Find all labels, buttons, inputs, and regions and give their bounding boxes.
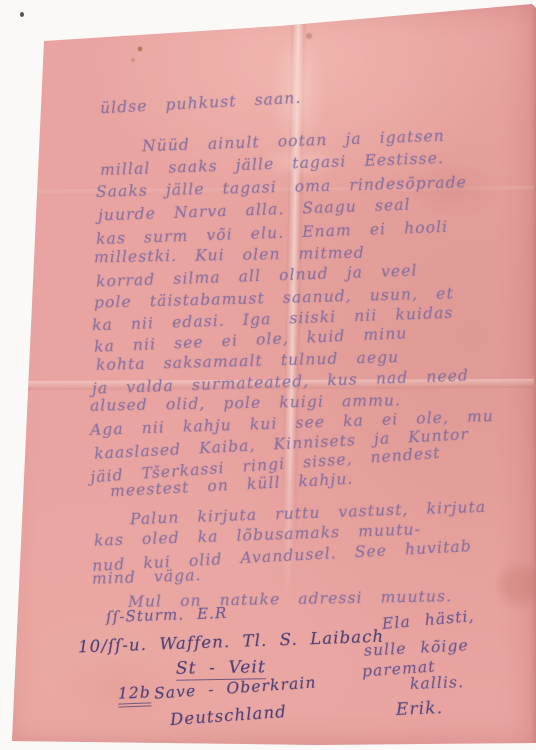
photo-background: üldse puhkust saan.Nüüd ainult ootan ja … — [0, 0, 536, 750]
signature: Erik. — [396, 700, 444, 719]
handwritten-line: mind väga. — [92, 568, 202, 587]
address-line: ſſ-Sturm. E.R — [106, 606, 228, 625]
paper-speck — [20, 12, 24, 17]
letter-paper: üldse puhkust saan.Nüüd ainult ootan ja … — [0, 0, 536, 750]
closing-line: kallis. — [410, 675, 465, 692]
address-line: 12b — [118, 685, 152, 707]
